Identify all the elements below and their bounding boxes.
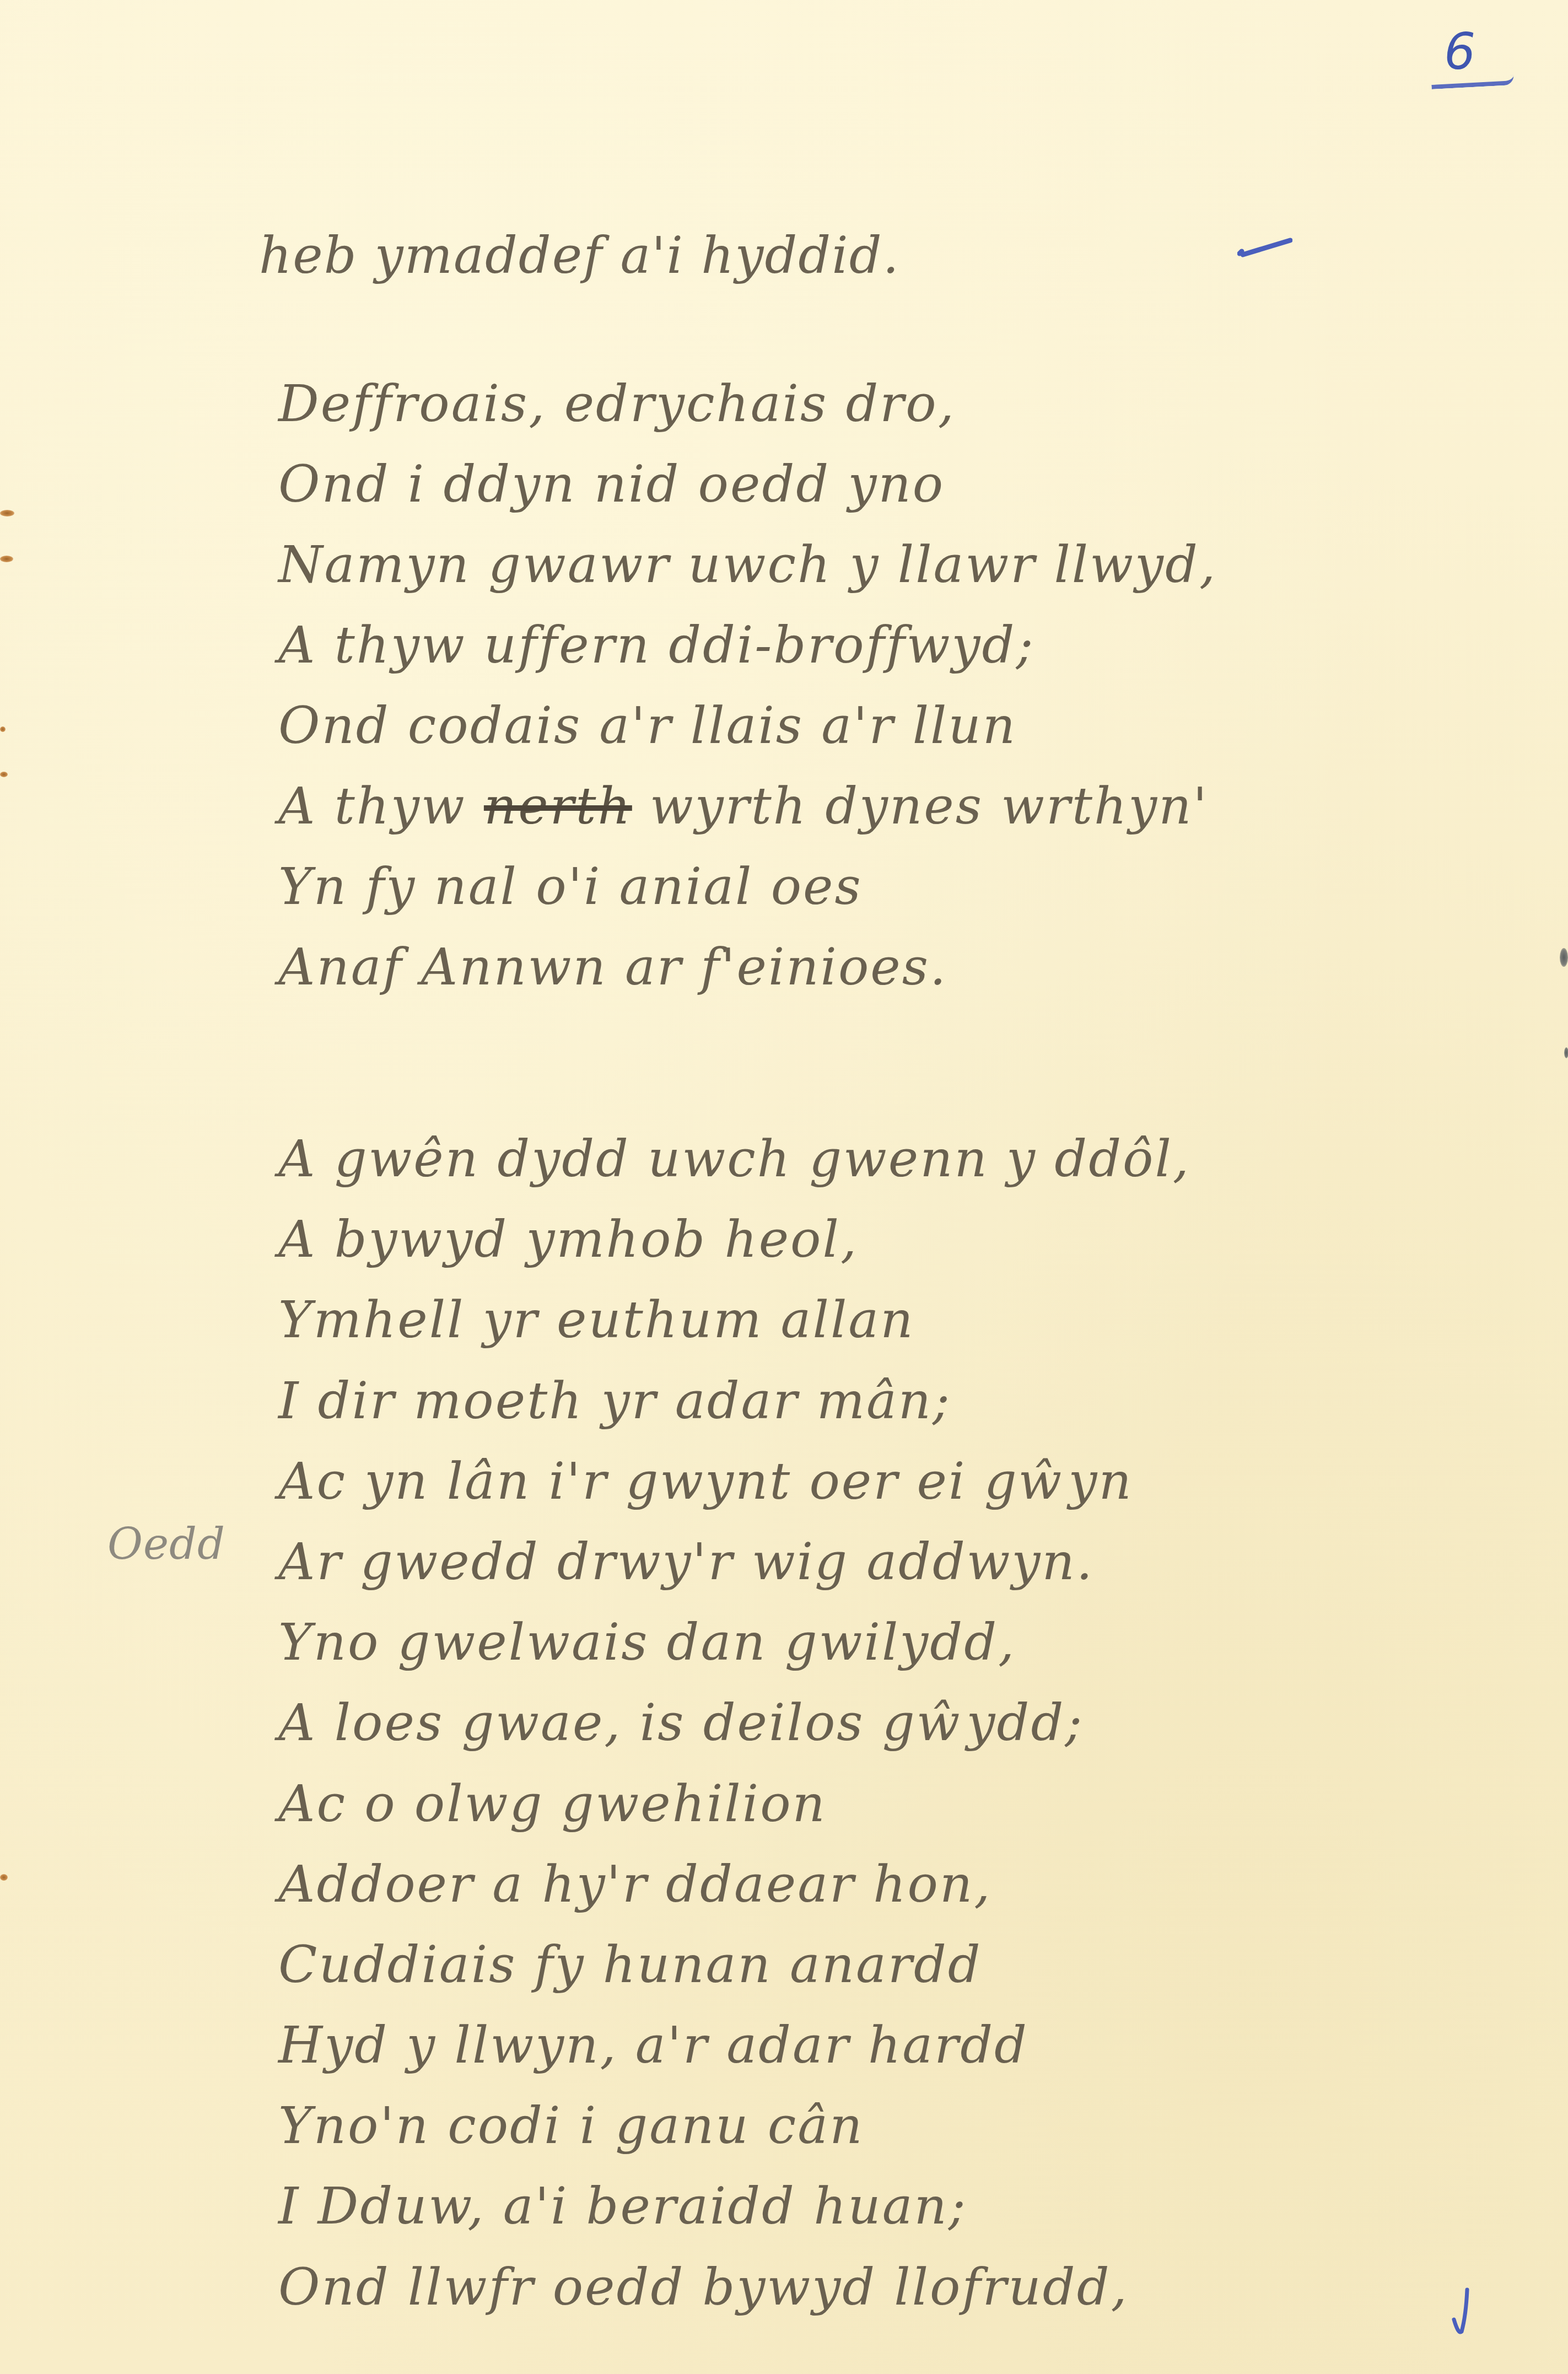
rust-stain [0,772,8,777]
verse-line: Namyn gwawr uwch y llawr llwyd, [278,525,1217,605]
rust-stain [0,556,13,562]
verse-line: A gwên dydd uwch gwenn y ddôl, [278,1119,1190,1199]
verse-line: Yn fy nal o'i anial oes [278,847,1217,927]
verse-line: Ond codais a'r llais a'r llun [278,686,1217,766]
verse-line: Ar gwedd drwy'r wig addwyn. [278,1522,1190,1602]
verse-line: A loes gwae, is deilos gŵydd; [278,1683,1190,1763]
verse-line: I Dduw, a'i beraidd huan; [278,2166,1190,2247]
check-mark-icon [1237,237,1292,259]
rust-stain [0,1874,8,1881]
verse-text: A thyw [278,777,466,836]
manuscript-page: 6 heb ymaddef a'i hyddid. Deffroais, edr… [0,0,1568,2374]
ink-spot [1564,1047,1568,1058]
stanza-1: Deffroais, edrychais dro, Ond i ddyn nid… [278,364,1217,1008]
check-mark-icon [1450,2287,1472,2337]
verse-line: Ac o olwg gwehilion [278,1764,1190,1844]
verse-line: Hyd y llwyn, a'r adar hardd [278,2005,1190,2086]
verse-line: Anaf Annwn ar f'einioes. [278,927,1217,1008]
stanza-2: A gwên dydd uwch gwenn y ddôl, A bywyd y… [278,1119,1190,2328]
verse-line: Ac yn lân i'r gwynt oer ei gŵyn [278,1441,1190,1522]
verse-line: Ymhell yr euthum allan [278,1280,1190,1360]
verse-line: I dir moeth yr adar mân; [278,1361,1190,1441]
title-line: heb ymaddef a'i hyddid. [259,226,900,285]
verse-line: Yno gwelwais dan gwilydd, [278,1602,1190,1683]
verse-text: wyrth dynes wrthyn' [650,777,1209,836]
verse-line: Deffroais, edrychais dro, [278,364,1217,444]
verse-line-with-deletion: A thyw nerth wyrth dynes wrthyn' [278,766,1217,847]
rust-stain [0,510,14,516]
verse-line: Cuddiais fy hunan anardd [278,1925,1190,2005]
ink-spot [1560,948,1568,967]
verse-line: A bywyd ymhob heol, [278,1199,1190,1280]
verse-line: A thyw uffern ddi-broffwyd; [278,605,1217,686]
verse-line: Ond llwfr oedd bywyd llofrudd, [278,2247,1190,2328]
struck-through-word: nerth [484,777,632,836]
verse-line: Ond i ddyn nid oedd yno [278,444,1217,525]
page-number: 6 [1444,28,1475,77]
rust-stain [0,726,6,732]
margin-annotation: Oedd [107,1520,225,1569]
verse-line: Yno'n codi i ganu cân [278,2086,1190,2166]
verse-line: Addoer a hy'r ddaear hon, [278,1844,1190,1925]
